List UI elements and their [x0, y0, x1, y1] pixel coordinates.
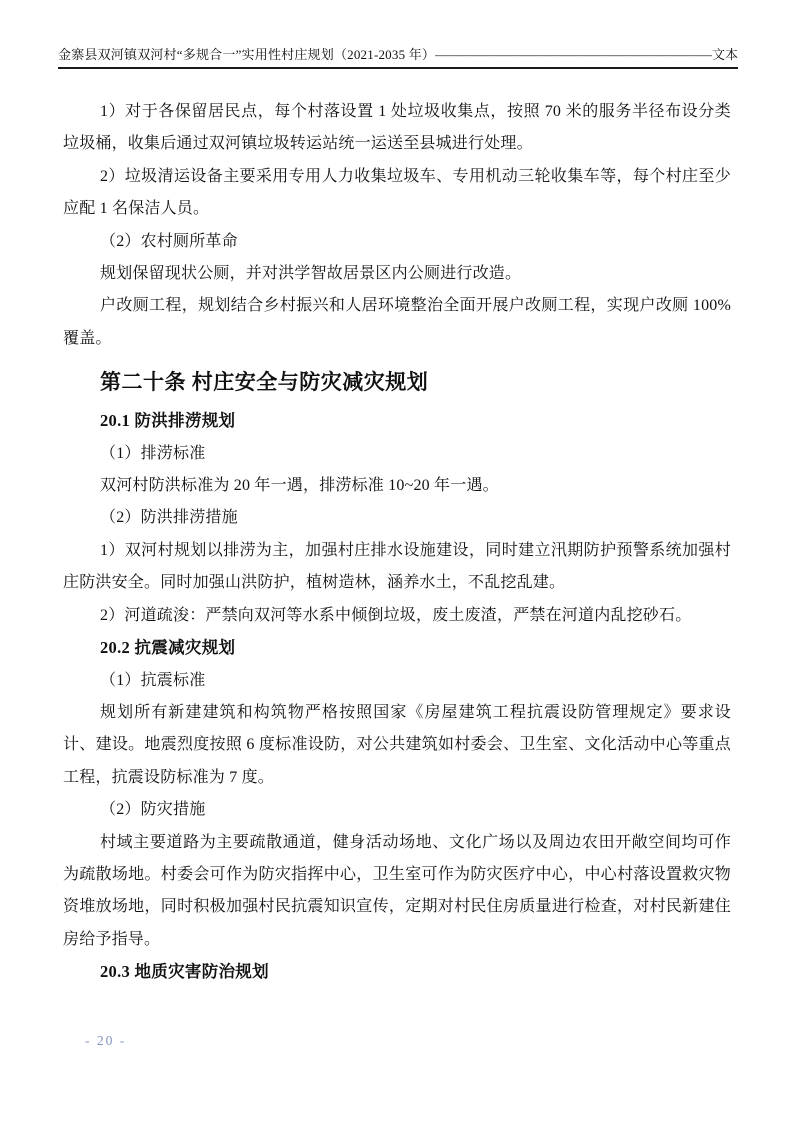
paragraph-drainage-planning: 1）双河村规划以排涝为主，加强村庄排水设施建设，同时建立汛期防护预警系统加强村庄…: [63, 535, 731, 600]
article-20-heading: 第二十条 村庄安全与防灾减灾规划: [100, 367, 731, 397]
paragraph-household-toilet-project: 户改厕工程，规划结合乡村振兴和人居环境整治全面开展户改厕工程，实现户改厕 100…: [63, 290, 731, 355]
paragraph-disaster-measures-title: （2）防灾措施: [63, 794, 731, 826]
paragraph-seismic-design-requirements: 规划所有新建建筑和构筑物严格按照国家《房屋建筑工程抗震设防管理规定》要求设计、建…: [63, 697, 731, 794]
paragraph-garbage-transport-equipment: 2）垃圾清运设备主要采用专用人力收集垃圾车、专用机动三轮收集车等，每个村庄至少应…: [63, 161, 731, 226]
document-body: 1）对于各保留居民点，每个村落设置 1 处垃圾收集点，按照 70 米的服务半径布…: [63, 96, 731, 989]
paragraph-drainage-standard-title: （1）排涝标准: [63, 438, 731, 470]
header-doc-type-label: 文本: [712, 46, 738, 63]
document-page: 金寨县双河镇双河村“多规合一”实用性村庄规划（2021-2035 年） ————…: [0, 0, 794, 1122]
paragraph-seismic-standard-title: （1）抗震标准: [63, 665, 731, 697]
header-dash-fill: ————————————————————————————: [435, 46, 712, 63]
paragraph-flood-measures-title: （2）防洪排涝措施: [63, 502, 731, 534]
page-header: 金寨县双河镇双河村“多规合一”实用性村庄规划（2021-2035 年） ————…: [58, 46, 738, 69]
paragraph-river-dredging: 2）河道疏浚：严禁向双河等水系中倾倒垃圾，废土废渣，严禁在河道内乱挖砂石。: [63, 600, 731, 632]
page-number: - 20 -: [85, 1033, 126, 1049]
paragraph-evacuation-and-command: 村域主要道路为主要疏散通道，健身活动场地、文化广场以及周边农田开敞空间均可作为疏…: [63, 827, 731, 957]
paragraph-toilet-revolution-title: （2）农村厕所革命: [63, 226, 731, 258]
paragraph-flood-control-standard: 双河村防洪标准为 20 年一遇，排涝标准 10~20 年一遇。: [63, 470, 731, 502]
header-title: 金寨县双河镇双河村“多规合一”实用性村庄规划（2021-2035 年）: [58, 46, 435, 63]
section-20-1-heading: 20.1 防洪排涝规划: [100, 405, 731, 437]
section-20-2-heading: 20.2 抗震减灾规划: [100, 632, 731, 664]
section-20-3-heading: 20.3 地质灾害防治规划: [100, 956, 731, 988]
paragraph-garbage-collection-points: 1）对于各保留居民点，每个村落设置 1 处垃圾收集点，按照 70 米的服务半径布…: [63, 96, 731, 161]
paragraph-public-toilet-renovation: 规划保留现状公厕，并对洪学智故居景区内公厕进行改造。: [63, 258, 731, 290]
